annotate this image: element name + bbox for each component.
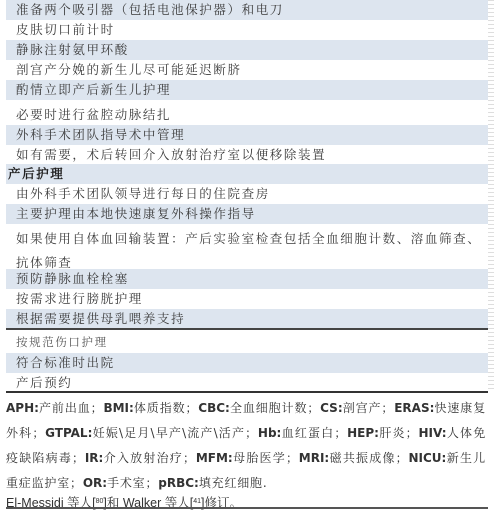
table-footnote: APH:产前出血；BMI:体质指数；CBC:全血细胞计数；CS:剖宫产；ERAS…: [6, 396, 486, 512]
divider-double-top: [6, 391, 488, 393]
table-row: 主要护理由本地快速康复外科操作指导: [6, 204, 488, 224]
table-edge-decoration: [488, 0, 494, 392]
abbreviation-entry: MRI:磁共振成像；: [299, 451, 409, 465]
table-row: 皮肤切口前计时: [6, 20, 488, 40]
abbreviation-entry: pRBC:填充红细胞.: [158, 476, 267, 490]
table-row: 如有需要，术后转回介入放射治疗室以便移除装置: [6, 145, 488, 164]
abbreviation-entry: CS:剖宫产；: [320, 401, 394, 415]
table-row: 预防静脉血栓栓塞: [6, 269, 488, 289]
table-row: 如果使用自体血回输装置：产后实验室检查包括全血细胞计数、溶血筛查、抗体筛查: [6, 224, 488, 269]
abbreviation-entry: IR:介入放射治疗；: [85, 451, 196, 465]
abbreviation-entry: OR:手术室；: [83, 476, 158, 490]
abbreviation-entry: Hb:血红蛋白；: [258, 426, 347, 440]
table-row: 产后预约: [6, 373, 488, 393]
table-row: 必要时进行盆腔动脉结扎: [6, 100, 488, 125]
protocol-table: 准备两个吸引器（包括电池保护器）和电刀 皮肤切口前计时 静脉注射氨甲环酸 剖宫产…: [6, 0, 488, 329]
divider-bottom: [6, 507, 488, 509]
abbreviation-entry: HEP:肝炎；: [347, 426, 418, 440]
table-row: 剖宫产分娩的新生儿尽可能延迟断脐: [6, 60, 488, 80]
abbreviation-entry: CBC:全血细胞计数；: [198, 401, 320, 415]
table-row: 静脉注射氨甲环酸: [6, 40, 488, 60]
reference-80[interactable]: 80: [96, 498, 104, 505]
abbreviation-entry: APH:产前出血；: [6, 401, 103, 415]
abbreviation-entry: BMI:体质指数；: [103, 401, 198, 415]
table-row: 根据需要提供母乳喂养支持: [6, 309, 488, 329]
divider: [6, 328, 488, 330]
reference-41[interactable]: 41: [193, 498, 201, 505]
table-row: 由外科手术团队领导进行每日的住院查房: [6, 184, 488, 204]
abbreviation-entry: GTPAL:妊娠\足月\早产\流产\活产；: [45, 426, 258, 440]
source-credit: El-Messidi 等人[80]和 Walker 等人[41]修订。: [6, 494, 486, 512]
protocol-table-continued: 按规范伤口护理 符合标准时出院 产后预约: [6, 331, 488, 393]
table-row: 按规范伤口护理: [6, 331, 488, 353]
abbreviation-list: APH:产前出血；BMI:体质指数；CBC:全血细胞计数；CS:剖宫产；ERAS…: [6, 396, 486, 496]
table-row: 符合标准时出院: [6, 353, 488, 373]
table-row: 按需求进行膀胱护理: [6, 289, 488, 309]
table-row: 外科手术团队指导术中管理: [6, 125, 488, 145]
section-header-postpartum: 产后护理: [6, 164, 488, 184]
abbreviation-entry: MFM:母胎医学；: [196, 451, 299, 465]
table-row: 酌情立即产后新生儿护理: [6, 80, 488, 100]
table-row: 准备两个吸引器（包括电池保护器）和电刀: [6, 0, 488, 20]
